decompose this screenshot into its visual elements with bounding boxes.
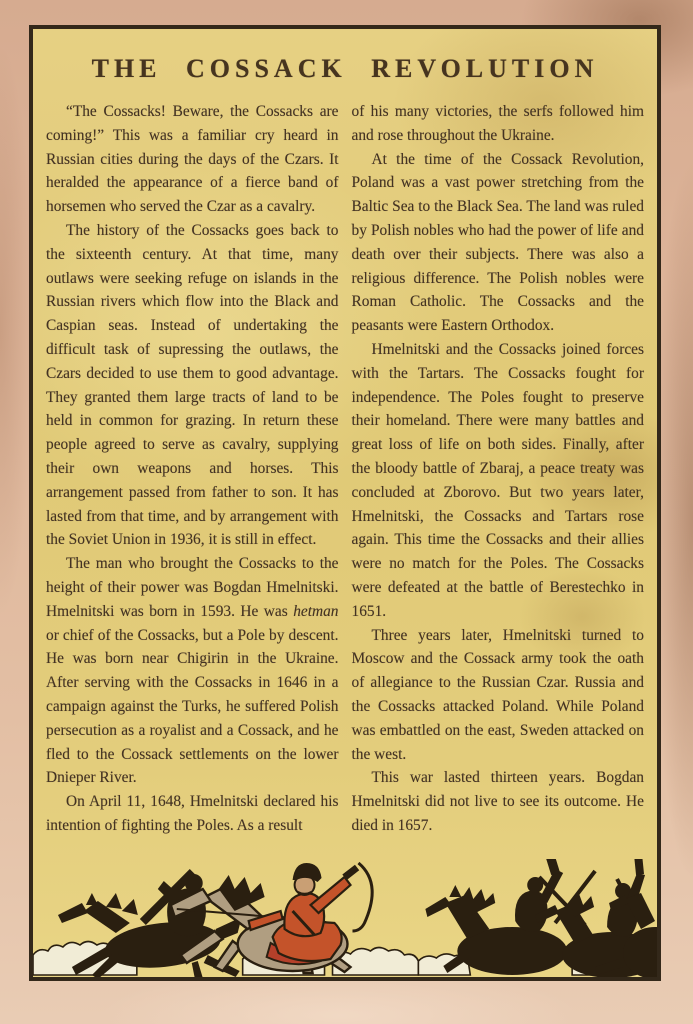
paragraph: The man who brought the Cossacks to the … <box>46 552 339 790</box>
right-riders-silhouette <box>425 859 657 977</box>
paragraph: The history of the Cossacks goes back to… <box>46 219 339 552</box>
cossack-riders-drawing <box>33 859 657 977</box>
scanned-page: { "article": { "title": "THE COSSACK REV… <box>0 0 693 1024</box>
paragraph: This war lasted thirteen years. Bogdan H… <box>352 766 645 837</box>
article-body: “The Cossacks! Beware, the Cossacks are … <box>33 84 657 838</box>
paragraph: On April 11, 1648, Hmelnitski declared h… <box>46 790 339 838</box>
paragraph: Three years later, Hmelnitski turned to … <box>352 624 645 767</box>
paragraph: “The Cossacks! Beware, the Cossacks are … <box>46 100 339 219</box>
cossack-riders-illustration <box>33 859 657 977</box>
paragraph: At the time of the Cossack Revolution, P… <box>352 148 645 338</box>
left-column: “The Cossacks! Beware, the Cossacks are … <box>46 100 339 838</box>
right-column: of his many victories, the serfs followe… <box>352 100 645 838</box>
paragraph: of his many victories, the serfs followe… <box>352 100 645 148</box>
paragraph: Hmelnitski and the Cossacks joined force… <box>352 338 645 624</box>
page-content-panel: THE COSSACK REVOLUTION “The Cossacks! Be… <box>29 25 661 981</box>
left-rider-silhouette <box>58 869 242 977</box>
page-title: THE COSSACK REVOLUTION <box>43 54 647 84</box>
